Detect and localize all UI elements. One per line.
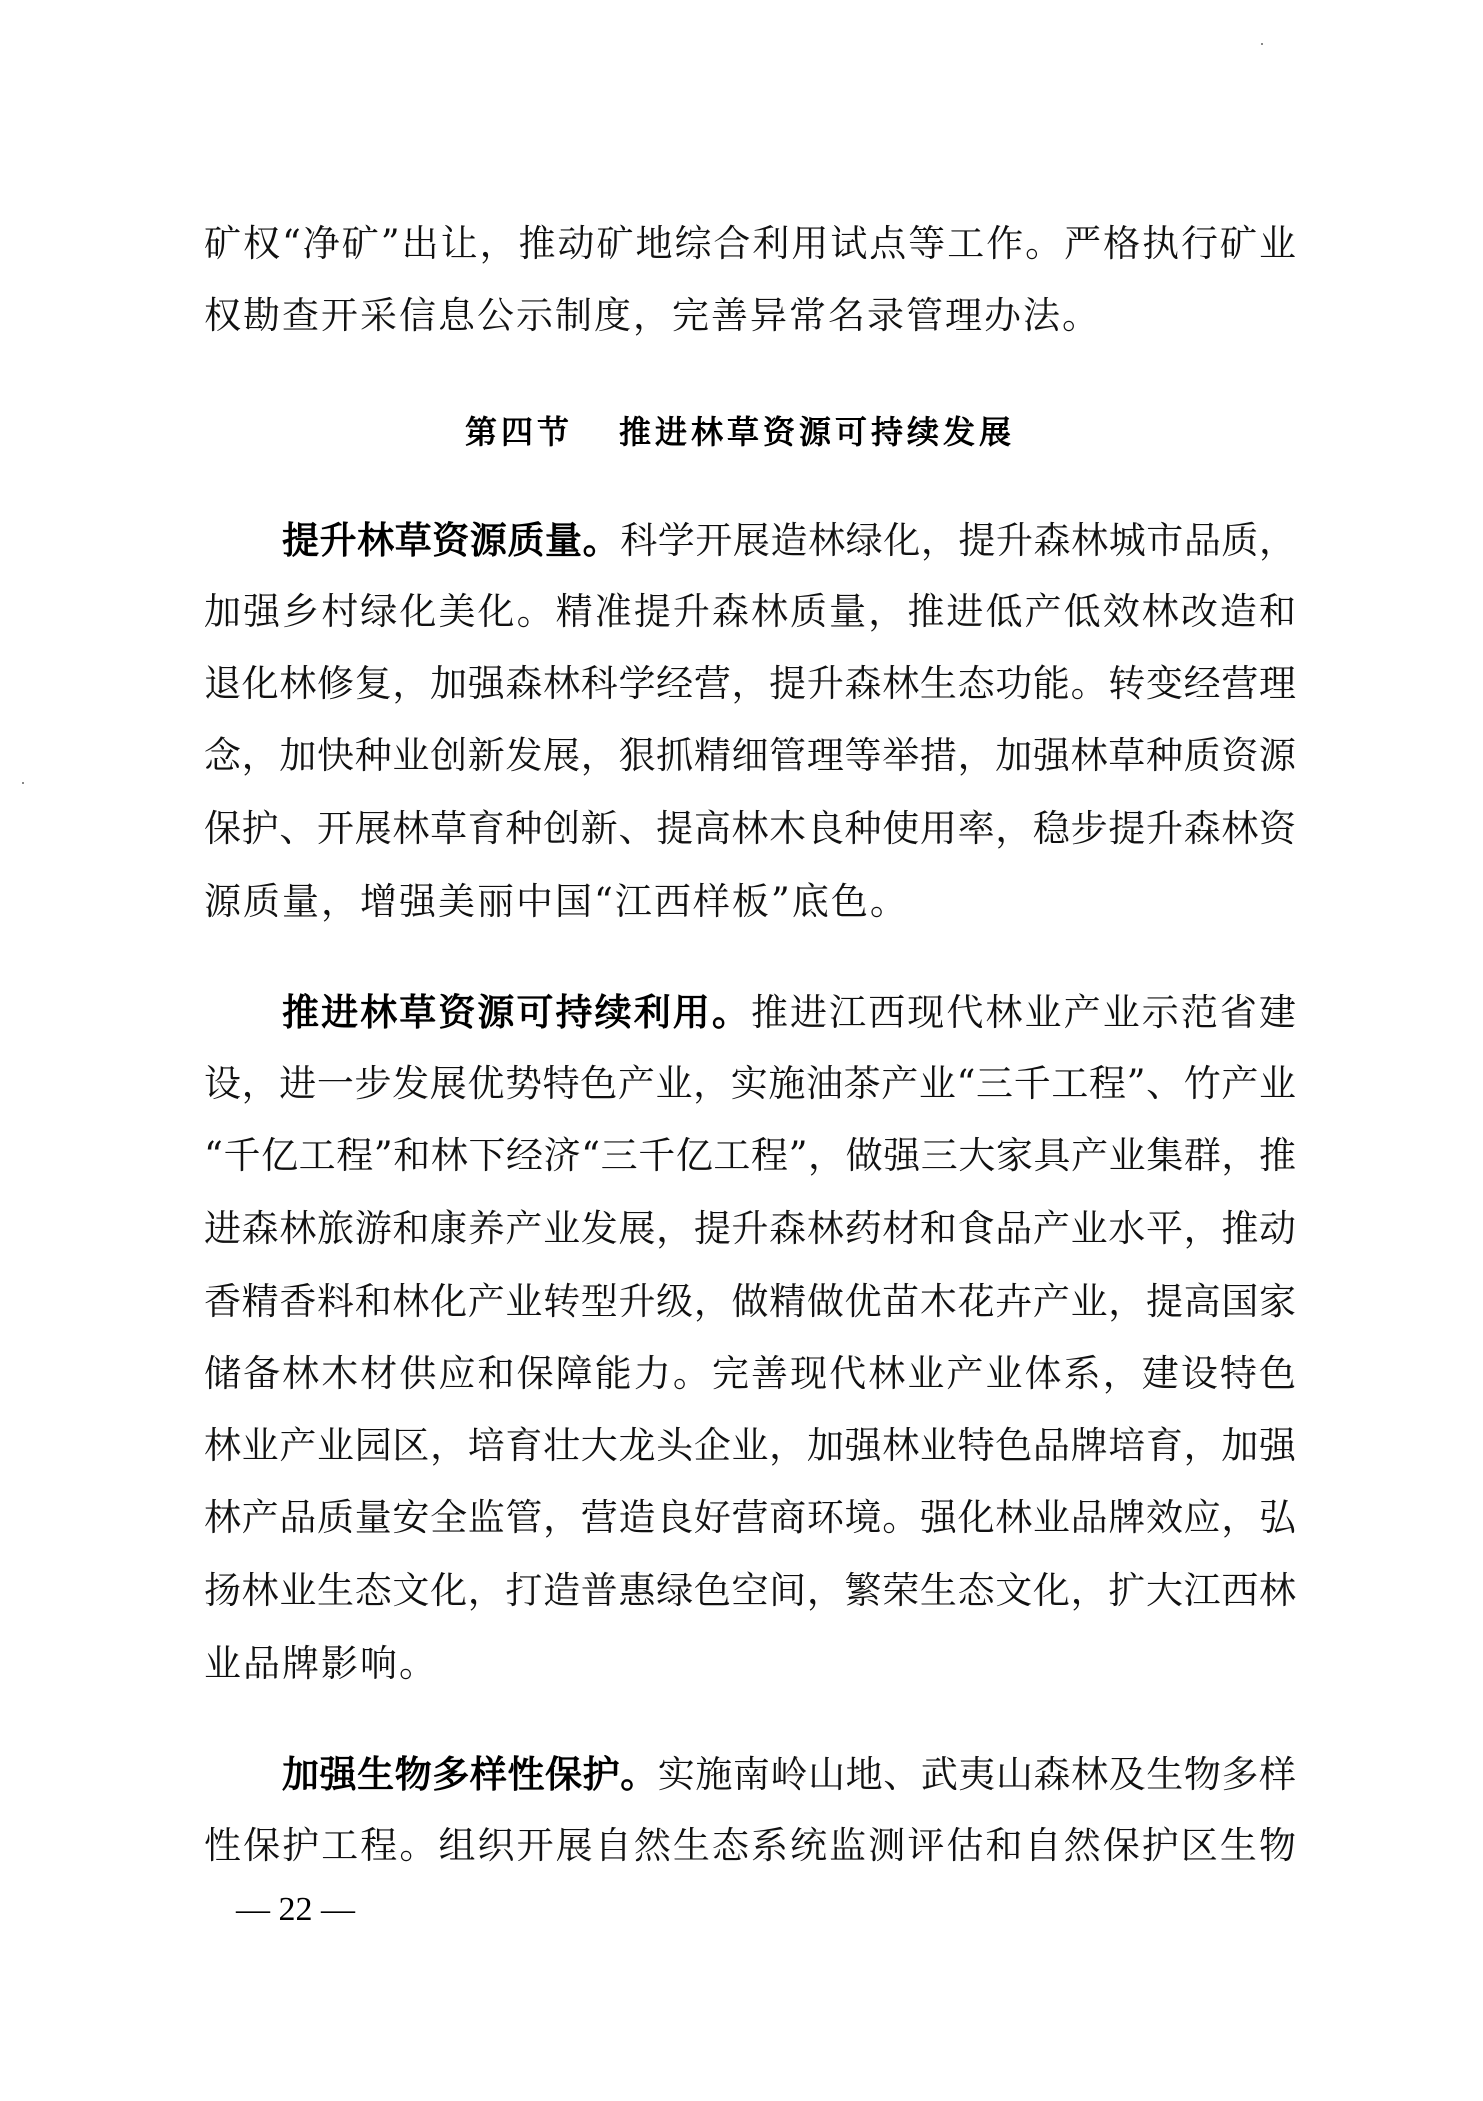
body-line: 设，进一步发展优势特色产业，实施油茶产业“三千工程”、竹产业 bbox=[204, 1062, 1296, 1106]
body-line: 林业产业园区，培育壮大龙头企业，加强林业特色品牌培育，加强 bbox=[204, 1424, 1296, 1468]
body-line: 储备林木材供应和保障能力。完善现代林业产业体系，建设特色 bbox=[204, 1352, 1296, 1396]
body-line: 矿权“净矿”出让，推动矿地综合利用试点等工作。严格执行矿业 bbox=[204, 222, 1296, 266]
paragraph-first-line: 加强生物多样性保护。实施南岭山地、武夷山森林及生物多样 bbox=[282, 1752, 1296, 1796]
scan-speck bbox=[1261, 43, 1263, 45]
body-line: 念，加快种业创新发展，狠抓精细管理等举措，加强林草种质资源 bbox=[204, 734, 1296, 778]
body-line: 加强乡村绿化美化。精准提升森林质量，推进低产低效林改造和 bbox=[204, 590, 1296, 634]
paragraph-lead: 提升林草资源质量。 bbox=[282, 518, 620, 562]
body-line: 业品牌影响。 bbox=[204, 1642, 1296, 1686]
paragraph-text: 科学开展造林绿化，提升森林城市品质， bbox=[620, 519, 1296, 562]
document-page: 矿权“净矿”出让，推动矿地综合利用试点等工作。严格执行矿业 权勘查开采信息公示制… bbox=[0, 0, 1483, 2101]
body-line: 林产品质量安全监管，营造良好营商环境。强化林业品牌效应，弘 bbox=[204, 1496, 1296, 1540]
body-line: “千亿工程”和林下经济“三千亿工程”，做强三大家具产业集群，推 bbox=[204, 1134, 1296, 1178]
paragraph-lead: 推进林草资源可持续利用。 bbox=[282, 990, 751, 1034]
body-line: 香精香料和林化产业转型升级，做精做优苗木花卉产业，提高国家 bbox=[204, 1280, 1296, 1324]
body-line: 进森林旅游和康养产业发展，提升森林药材和食品产业水平，推动 bbox=[204, 1207, 1296, 1251]
paragraph-text: 实施南岭山地、武夷山森林及生物多样 bbox=[658, 1753, 1296, 1796]
paragraph-first-line: 推进林草资源可持续利用。推进江西现代林业产业示范省建 bbox=[282, 990, 1296, 1034]
section-title: 推进林草资源可持续发展 bbox=[619, 413, 1015, 451]
body-line: 保护、开展林草育种创新、提高林木良种使用率，稳步提升森林资 bbox=[204, 807, 1296, 851]
page-number: — 22 — bbox=[236, 1890, 355, 1930]
paragraph-text: 推进江西现代林业产业示范省建 bbox=[751, 991, 1296, 1034]
body-line: 权勘查开采信息公示制度，完善异常名录管理办法。 bbox=[204, 294, 1296, 338]
section-number: 第四节 bbox=[465, 413, 573, 451]
body-line: 退化林修复，加强森林科学经营，提升森林生态功能。转变经营理 bbox=[204, 662, 1296, 706]
scan-speck bbox=[22, 782, 24, 784]
paragraph-lead: 加强生物多样性保护。 bbox=[282, 1752, 658, 1796]
body-line: 性保护工程。组织开展自然生态系统监测评估和自然保护区生物 bbox=[204, 1824, 1296, 1868]
body-line: 扬林业生态文化，打造普惠绿色空间，繁荣生态文化，扩大江西林 bbox=[204, 1569, 1296, 1613]
section-heading: 第四节推进林草资源可持续发展 bbox=[465, 410, 1015, 454]
paragraph-first-line: 提升林草资源质量。科学开展造林绿化，提升森林城市品质， bbox=[282, 518, 1296, 562]
body-line: 源质量，增强美丽中国“江西样板”底色。 bbox=[204, 880, 1296, 924]
